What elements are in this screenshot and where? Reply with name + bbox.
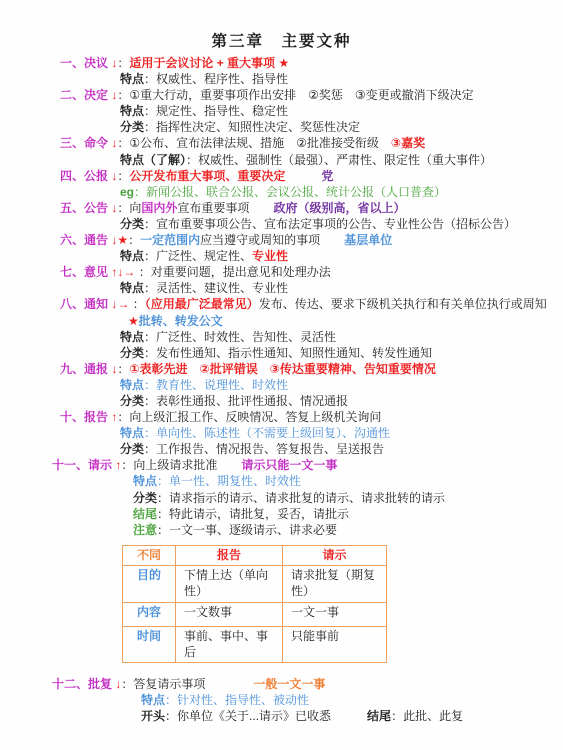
text-segment: ： (129, 297, 144, 311)
text-segment (285, 169, 321, 183)
text-segment: eg (120, 185, 134, 199)
text-segment: ：规定性、指导性、稳定性 (144, 104, 288, 118)
text-segment: 分类 (133, 491, 157, 505)
text-segment: ：请求指示的请示、请求批复的请示、请求批转的请示 (157, 491, 445, 505)
text-segment: ：权威性、强制性（最强）、严肃性、限定性（重大事件） (186, 153, 492, 167)
text-segment: 分类 (120, 394, 144, 408)
text-segment: ↓ (112, 677, 121, 691)
text-segment: 特点 (120, 249, 144, 263)
text-segment: 特点 (133, 474, 157, 488)
text-segment (320, 233, 344, 247)
text-segment: ：广泛性、时效性、告知性、灵活性 (144, 330, 336, 344)
text-line: 五、公告 ↓：向国内外宣布重要事项 政府（级别高，省以上） (0, 200, 563, 216)
text-segment: 分类 (120, 346, 144, 360)
text-segment: ： (117, 169, 129, 183)
text-segment: ：灵活性、建议性、专业性 (144, 281, 288, 295)
text-line: 十二、批复 ↓：答复请示事项 一般一文一事 (0, 676, 563, 692)
text-line: 特点（了解）：权威性、强制性（最强）、严肃性、限定性（重大事件） (0, 152, 563, 168)
text-segment: 党 (321, 169, 333, 183)
text-segment: ：答复请示事项 (121, 677, 205, 691)
text-segment: 一般一文一事 (253, 677, 325, 691)
text-line: 特点：规定性、指导性、稳定性 (0, 103, 563, 119)
text-segment: ↑↓→ (108, 265, 135, 279)
text-line: 结尾：特此请示，请批复，妥否，请批示 (0, 506, 563, 522)
text-segment (205, 677, 253, 691)
text-segment: ：指挥性决定、知照性决定、奖惩性决定 (144, 120, 360, 134)
table-header-cell: 请示 (283, 545, 387, 565)
table-row: 内容一文数事一文一事 (123, 602, 387, 626)
text-segment: ：对重要问题，提出意见和处理办法 (135, 265, 330, 279)
page-title: 第三章 主要文种 (0, 0, 563, 51)
text-segment: ①表彰先进 ②批评错误 ③传达重要精神、告知重要情况 (129, 362, 435, 376)
text-segment: 特点 (120, 426, 144, 440)
document-body: 一、决议 ↓：适用于会议讨论 + 重大事项 ★特点：权威性、程序性、指导性二、决… (0, 51, 563, 724)
text-line: 开头：你单位《关于...请示》已收悉 结尾：此批、此复 (0, 708, 563, 724)
table-header-cell: 不同 (123, 545, 176, 565)
table-cell: 只能事前 (283, 626, 387, 662)
text-segment: ：此批、此复 (391, 709, 463, 723)
text-segment: 分类 (120, 442, 144, 456)
text-segment: ： (117, 88, 129, 102)
text-segment: 开头 (141, 709, 165, 723)
text-segment: 五、公告 (60, 201, 108, 215)
text-line: 特点：针对性、指导性、被动性 (0, 692, 563, 708)
text-segment: ： (117, 201, 129, 215)
text-line: 分类：请求指示的请示、请求批复的请示、请求批转的请示 (0, 490, 563, 506)
table-row-label: 目的 (123, 565, 176, 602)
text-segment: 一、决议 (60, 56, 108, 70)
text-segment: ↓ (108, 56, 117, 70)
text-segment: ↓→ (108, 297, 129, 311)
text-segment: 政府（级别高，省以上） (273, 201, 405, 215)
text-segment: 特点（了解） (120, 153, 186, 167)
text-segment: 向 (129, 201, 141, 215)
text-segment: 请示只能一文一事 (241, 458, 337, 472)
text-segment: 特点 (120, 330, 144, 344)
text-segment: 特点 (120, 378, 144, 392)
text-segment: ★ (128, 314, 139, 328)
text-segment (249, 201, 273, 215)
text-segment: ↓ (108, 88, 117, 102)
text-line: 一、决议 ↓：适用于会议讨论 + 重大事项 ★ (0, 55, 563, 71)
text-segment: 宣布重要事项 (177, 201, 249, 215)
text-segment: 结尾 (367, 709, 391, 723)
text-segment: 国内外 (141, 201, 177, 215)
table-cell: 下情上达（单向性） (176, 565, 283, 602)
text-segment: ↓ (108, 136, 117, 150)
text-segment: ①重大行动，重要事项作出安排 ②奖惩 ③变更或撤消下级决定 (129, 88, 473, 102)
text-segment: 七、意见 (60, 265, 108, 279)
text-line: 特点：单一性、期复性、时效性 (0, 473, 563, 489)
text-segment: 特点 (120, 72, 144, 86)
text-segment: （应用最广泛最常见） (145, 297, 259, 311)
table-cell: 一文数事 (176, 602, 283, 626)
table-cell: 请求批复（期复性） (283, 565, 387, 602)
text-line: 六、通告 ↓★：一定范围内应当遵守或周知的事项 基层单位 (0, 232, 563, 248)
text-segment: ：特此请示，请批复，妥否，请批示 (157, 507, 349, 521)
text-segment: ：新闻公报、联合公报、会议公报、统计公报（人口普查） (134, 185, 446, 199)
text-segment: ：向上级汇报工作、反映情况、答复上级机关询问 (117, 410, 381, 424)
text-line: 特点：权威性、程序性、指导性 (0, 71, 563, 87)
text-segment: 十一、请示 (52, 458, 112, 472)
text-segment: 特点 (120, 281, 144, 295)
text-segment (331, 709, 367, 723)
text-segment: ：单一性、期复性、时效性 (157, 474, 301, 488)
text-segment: 应当遵守或周知的事项 (200, 233, 320, 247)
text-segment: ↓ (108, 201, 117, 215)
text-segment: 结尾 (133, 507, 157, 521)
text-segment: ：针对性、指导性、被动性 (165, 693, 309, 707)
text-line: 七、意见 ↑↓→ ：对重要问题，提出意见和处理办法 (0, 264, 563, 280)
notes-page: 第三章 主要文种 一、决议 ↓：适用于会议讨论 + 重大事项 ★特点：权威性、程… (0, 0, 563, 750)
text-segment: 批转、转发公文 (139, 314, 223, 328)
text-line: eg：新闻公报、联合公报、会议公报、统计公报（人口普查） (0, 184, 563, 200)
text-segment: 特点 (141, 693, 165, 707)
text-segment: 基层单位 (344, 233, 392, 247)
text-segment: ★ (117, 233, 128, 247)
text-segment: ↓ (108, 362, 117, 376)
text-line: 注意：一文一事、逐级请示、讲求必要 (0, 522, 563, 538)
text-line: 分类：表彰性通报、批评性通报、情况通报 (0, 393, 563, 409)
text-segment: 专业性 (252, 249, 288, 263)
text-line: 三、命令 ↓：①公布、宣布法律法规、措施 ②批准接受衔级 ③嘉奖 (0, 135, 563, 151)
text-segment: 一定范围内 (140, 233, 200, 247)
text-segment: 十、报告 (60, 410, 108, 424)
text-segment: 八、通知 (60, 297, 108, 311)
text-line: ★批转、转发公文 (0, 313, 563, 329)
text-segment: 二、决定 (60, 88, 108, 102)
text-line: 十一、请示 ↑：向上级请求批准 请示只能一文一事 (0, 457, 563, 473)
text-segment: ： (117, 362, 129, 376)
text-segment: ↓ (108, 233, 117, 247)
text-segment: ：广泛性、规定性、 (144, 249, 252, 263)
text-segment: 特点 (120, 104, 144, 118)
text-segment: ：发布性通知、指示性通知、知照性通知、转发性通知 (144, 346, 432, 360)
text-segment: 九、通报 (60, 362, 108, 376)
text-line: 四、公报 ↓：公开发布重大事项、重要决定 党 (0, 168, 563, 184)
text-line: 特点：灵活性、建议性、专业性 (0, 280, 563, 296)
text-segment: ：单向性、陈述性（不需要上级回复）、沟通性 (144, 426, 390, 440)
text-segment: 发布、传达、要求下级机关执行和有关单位执行或周知 (259, 297, 547, 311)
text-segment: ： (117, 56, 129, 70)
text-segment: ↑ (108, 410, 117, 424)
text-segment: ：工作报告、情况报告、答复报告、呈送报告 (144, 442, 384, 456)
text-segment: 四、公报 (60, 169, 108, 183)
text-line: 特点：广泛性、时效性、告知性、灵活性 (0, 329, 563, 345)
text-segment: ： (117, 136, 129, 150)
text-segment: 十二、批复 (52, 677, 112, 691)
text-segment: ③嘉奖 (391, 136, 425, 150)
table-row: 时间事前、事中、事后只能事前 (123, 626, 387, 662)
text-segment: 适用于会议讨论 + 重大事项 ★ (129, 56, 289, 70)
text-line: 特点：教育性、说理性、时效性 (0, 377, 563, 393)
text-line: 特点：广泛性、规定性、专业性 (0, 248, 563, 264)
text-segment: ：你单位《关于...请示》已收悉 (165, 709, 331, 723)
table-cell: 一文一事 (283, 602, 387, 626)
text-line: 分类：指挥性决定、知照性决定、奖惩性决定 (0, 119, 563, 135)
text-segment: ：一文一事、逐级请示、讲求必要 (157, 523, 337, 537)
text-line: 八、通知 ↓→ ：（应用最广泛最常见）发布、传达、要求下级机关执行和有关单位执行… (0, 296, 563, 312)
text-segment: ↑ (112, 458, 121, 472)
text-line: 分类：宣布重要事项公告、宣布法定事项的公告、专业性公告（招标公告） (0, 216, 563, 232)
text-segment: ：权威性、程序性、指导性 (144, 72, 288, 86)
report-vs-qingshi-table: 不同报告请示目的下情上达（单向性）请求批复（期复性）内容一文数事一文一事时间事前… (122, 545, 387, 663)
text-line: 分类：工作报告、情况报告、答复报告、呈送报告 (0, 441, 563, 457)
text-segment: 注意 (133, 523, 157, 537)
text-segment: ：宣布重要事项公告、宣布法定事项的公告、专业性公告（招标公告） (144, 217, 516, 231)
text-segment: ①公布、宣布法律法规、措施 ②批准接受衔级 (129, 136, 391, 150)
text-segment: ：教育性、说理性、时效性 (144, 378, 288, 392)
text-segment (217, 458, 241, 472)
text-line: 九、通报 ↓：①表彰先进 ②批评错误 ③传达重要精神、告知重要情况 (0, 361, 563, 377)
text-segment: ： (128, 233, 140, 247)
text-segment: ↓ (108, 169, 117, 183)
text-segment: ：向上级请求批准 (121, 458, 217, 472)
table-cell: 事前、事中、事后 (176, 626, 283, 662)
text-segment: 分类 (120, 217, 144, 231)
table-row-label: 时间 (123, 626, 176, 662)
text-segment: 三、命令 (60, 136, 108, 150)
table-row: 目的下情上达（单向性）请求批复（期复性） (123, 565, 387, 602)
table-row-label: 内容 (123, 602, 176, 626)
text-line: 十、报告 ↑：向上级汇报工作、反映情况、答复上级机关询问 (0, 409, 563, 425)
text-segment: 六、通告 (60, 233, 108, 247)
text-segment: ：表彰性通报、批评性通报、情况通报 (144, 394, 348, 408)
text-line: 二、决定 ↓：①重大行动，重要事项作出安排 ②奖惩 ③变更或撤消下级决定 (0, 87, 563, 103)
text-line: 特点：单向性、陈述性（不需要上级回复）、沟通性 (0, 425, 563, 441)
table-header-cell: 报告 (176, 545, 283, 565)
text-segment: 公开发布重大事项、重要决定 (129, 169, 285, 183)
text-line: 分类：发布性通知、指示性通知、知照性通知、转发性通知 (0, 345, 563, 361)
text-segment: 分类 (120, 120, 144, 134)
